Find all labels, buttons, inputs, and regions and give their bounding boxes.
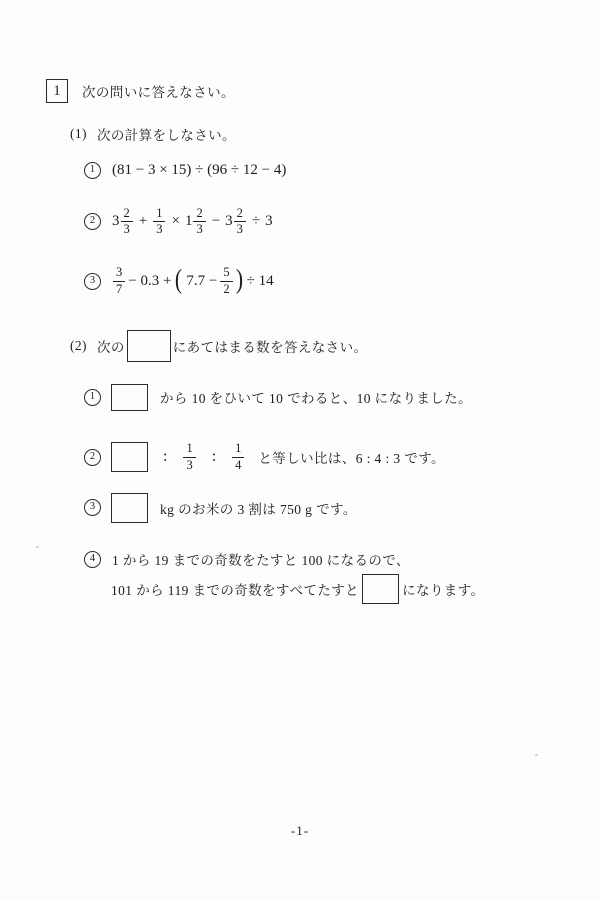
numerator: 1 <box>153 207 165 221</box>
fraction: 23 <box>234 207 246 236</box>
whole-number: 3 <box>265 213 273 230</box>
expression-1: (81 − 3 × 15) ÷ (96 ÷ 12 − 4) <box>112 162 286 179</box>
numerator: 3 <box>113 266 125 280</box>
calc-question-3: 3 37 − 0.3 + ( 7.7 − 52 ) ÷ 14 <box>84 259 276 303</box>
whole-number: 3 <box>112 213 120 230</box>
numerator: 2 <box>234 207 246 221</box>
fill-question-4-line2: 101 から 119 までの奇数をすべてたすと になります。 <box>111 573 484 605</box>
problem-header: 1 次の問いに答えなさい。 <box>46 79 235 103</box>
denominator: 3 <box>121 221 133 236</box>
fraction: 52 <box>220 266 232 295</box>
fraction: 13 <box>183 442 195 471</box>
fill-question-3: 3 kg のお米の 3 割は 750 g です。 <box>84 492 357 523</box>
scan-speck <box>535 754 538 756</box>
part1-label: (1) <box>70 126 87 142</box>
question-number: 4 <box>90 554 95 565</box>
problem-number: 1 <box>53 83 60 100</box>
whole-number: 3 <box>225 213 233 230</box>
numerator: 5 <box>220 266 232 280</box>
denominator: 4 <box>232 457 244 472</box>
numerator: 1 <box>183 442 195 456</box>
answer-box <box>127 330 171 362</box>
answer-box <box>362 574 399 604</box>
ratio-colon: : <box>212 448 216 466</box>
question-number: 1 <box>90 165 95 176</box>
part2-title-after: にあてはまる数を答えなさい。 <box>173 336 368 356</box>
fraction: 14 <box>232 442 244 471</box>
answer-box <box>111 493 148 523</box>
denominator: 3 <box>153 221 165 236</box>
circled-number-icon: 4 <box>84 551 101 568</box>
answer-box <box>111 442 148 472</box>
part1-title: 次の計算をしなさい。 <box>97 124 236 144</box>
numerator: 1 <box>232 442 244 456</box>
fraction: 37 <box>113 266 125 295</box>
operator: ÷ <box>252 213 260 230</box>
circled-number-icon: 2 <box>84 449 101 466</box>
fill-question-1: 1 から 10 をひいて 10 でわると、10 になりました。 <box>84 383 472 411</box>
question-number: 3 <box>90 502 95 513</box>
question-text: 1 から 19 までの奇数をたすと 100 になるので、 <box>112 549 410 569</box>
denominator: 3 <box>183 457 195 472</box>
scan-speck <box>36 546 39 548</box>
question-text: kg のお米の 3 割は 750 g です。 <box>160 498 357 518</box>
question-text: から 10 をひいて 10 でわると、10 になりました。 <box>160 387 472 407</box>
denominator: 3 <box>193 221 205 236</box>
question-text: と等しい比は、6 : 4 : 3 です。 <box>258 447 445 467</box>
operator: × <box>171 213 179 230</box>
whole-number: 1 <box>185 213 193 230</box>
problem-title: 次の問いに答えなさい。 <box>82 81 235 101</box>
question-text: になります。 <box>402 579 484 599</box>
numerator: 2 <box>193 207 205 221</box>
fill-question-4-line1: 4 1 から 19 までの奇数をたすと 100 になるので、 <box>84 549 410 569</box>
expression-2: 3 23 + 13 × 1 23 − 3 23 ÷ 3 <box>112 207 273 236</box>
fill-question-2: 2 : 13 : 14 と等しい比は、6 : 4 : 3 です。 <box>84 437 445 477</box>
numerator: 2 <box>121 207 133 221</box>
right-paren: ) <box>236 268 243 294</box>
denominator: 3 <box>234 221 246 236</box>
exam-page: 1 次の問いに答えなさい。 (1) 次の計算をしなさい。 1 (81 − 3 ×… <box>0 0 600 900</box>
answer-box <box>111 384 148 411</box>
part1-header: (1) 次の計算をしなさい。 <box>70 124 236 144</box>
part2-title-before: 次の <box>97 336 125 356</box>
circled-number-icon: 3 <box>84 273 101 290</box>
problem-number-box: 1 <box>46 79 68 103</box>
ratio-colon: : <box>163 448 167 466</box>
page-number: -1- <box>0 823 600 839</box>
fraction: 23 <box>193 207 205 236</box>
fraction: 23 <box>121 207 133 236</box>
question-number: 1 <box>90 392 95 403</box>
operator-segment: 7.7 − <box>186 273 217 290</box>
circled-number-icon: 3 <box>84 499 101 516</box>
part2-header: (2) 次の にあてはまる数を答えなさい。 <box>70 329 367 363</box>
denominator: 7 <box>113 281 125 296</box>
fraction: 13 <box>153 207 165 236</box>
question-number: 2 <box>90 452 95 463</box>
circled-number-icon: 1 <box>84 389 101 406</box>
circled-number-icon: 2 <box>84 213 101 230</box>
operator: + <box>139 213 147 230</box>
denominator: 2 <box>220 281 232 296</box>
left-paren: ( <box>175 268 182 294</box>
circled-number-icon: 1 <box>84 162 101 179</box>
question-number: 3 <box>90 276 95 287</box>
expression-3: 37 − 0.3 + ( 7.7 − 52 ) ÷ 14 <box>112 266 276 295</box>
question-number: 2 <box>90 216 95 227</box>
calc-question-2: 2 3 23 + 13 × 1 23 − 3 23 ÷ 3 <box>84 199 273 244</box>
calc-question-1: 1 (81 − 3 × 15) ÷ (96 ÷ 12 − 4) <box>84 162 286 179</box>
operator: − <box>212 213 220 230</box>
part2-label: (2) <box>70 338 87 354</box>
operator-segment: ÷ 14 <box>247 273 274 290</box>
question-text: 101 から 119 までの奇数をすべてたすと <box>111 579 359 599</box>
operator-segment: − 0.3 + <box>128 273 171 290</box>
